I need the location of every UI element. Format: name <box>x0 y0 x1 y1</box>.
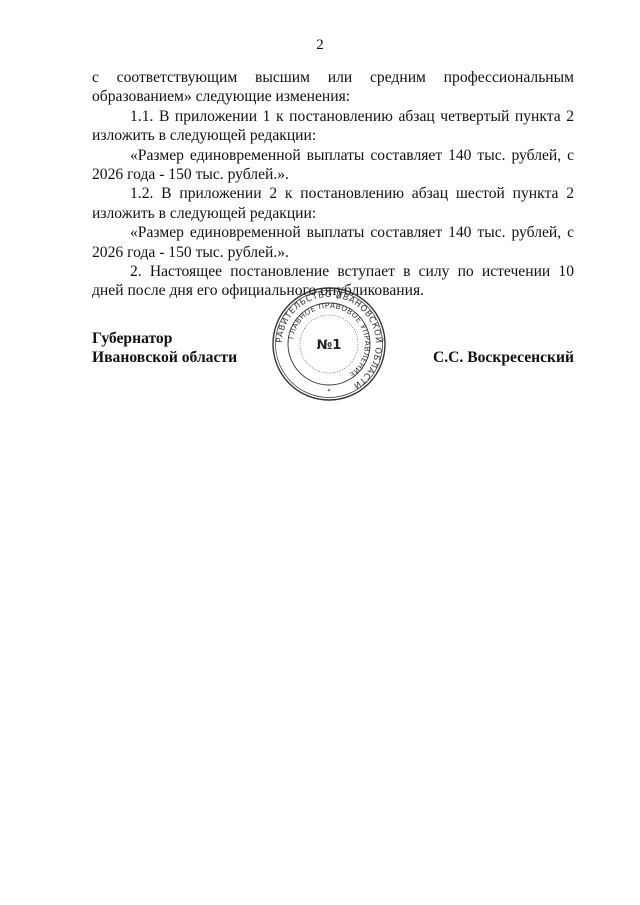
paragraph-1-1: 1.1. В приложении 1 к постановлению абза… <box>92 107 574 146</box>
page-number: 2 <box>0 36 640 54</box>
signatory-region: Ивановской области <box>92 348 237 367</box>
signatory-title: Губернатор <box>92 329 237 348</box>
svg-text:✶: ✶ <box>327 388 331 394</box>
signatory-name: С.С. Воскресенский <box>433 348 574 367</box>
document-body: с соответствующим высшим или средним про… <box>92 68 574 301</box>
paragraph-intro-line1: с соответствующим высшим или средним про… <box>92 68 574 87</box>
paragraph-1-2-quote: «Размер единовременной выплаты составляе… <box>92 223 574 262</box>
official-stamp: ПРАВИТЕЛЬСТВО ИВАНОВСКОЙ ОБЛАСТИ ГЛАВНОЕ… <box>271 286 387 402</box>
paragraph-1-2: 1.2. В приложении 2 к постановлению абза… <box>92 184 574 223</box>
stamp-seal-icon: ПРАВИТЕЛЬСТВО ИВАНОВСКОЙ ОБЛАСТИ ГЛАВНОЕ… <box>271 286 387 402</box>
signatory-position: Губернатор Ивановской области <box>92 329 237 367</box>
stamp-number: №1 <box>317 338 342 353</box>
paragraph-1-1-quote: «Размер единовременной выплаты составляе… <box>92 146 574 185</box>
paragraph-intro-rest: образованием» следующие изменения: <box>92 87 574 106</box>
